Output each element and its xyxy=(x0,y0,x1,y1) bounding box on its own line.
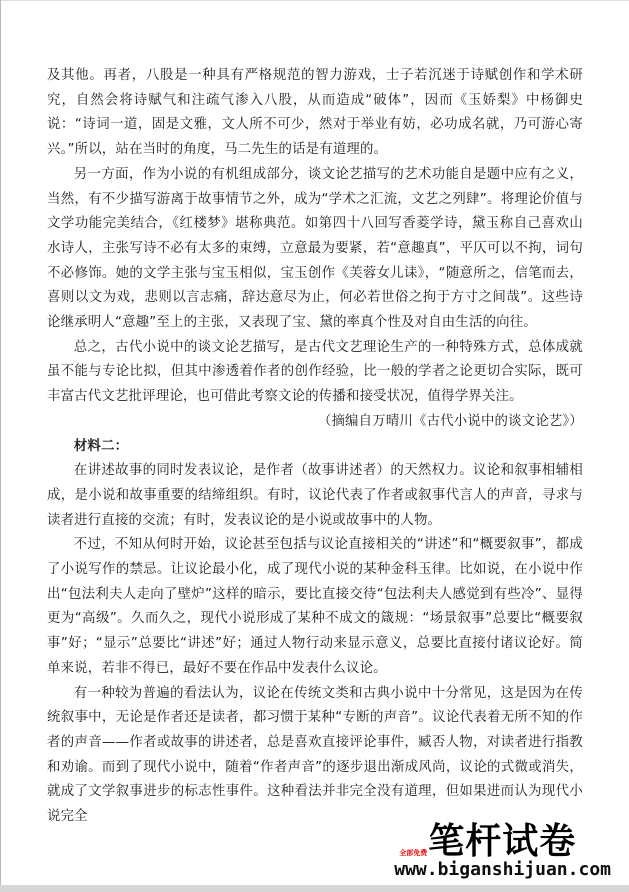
document-page: 及其他。再者，八股是一种具有严格规范的智力游戏，士子若沉迷于诗赋创作和学术研究，… xyxy=(0,0,629,892)
paragraph-common-view: 有一种较为普遍的看法认为，议论在传统文类和古典小说中十分常见，这是因为在传统叙事… xyxy=(47,682,583,830)
attribution-line: （摘编自万晴川《古代小说中的谈文论艺》） xyxy=(47,410,583,435)
biganshijuan-watermark: 全部免费 笔杆试卷 www.biganshijuan.com xyxy=(394,824,611,880)
watermark-url-text: www.biganshijuan.com xyxy=(394,860,611,880)
watermark-brand-text: 笔杆试卷 xyxy=(428,824,576,860)
page-bottom-bar xyxy=(0,885,629,892)
watermark-brand-row: 全部免费 笔杆试卷 xyxy=(399,824,611,860)
reading-passage: 及其他。再者，八股是一种具有严格规范的智力游戏，士子若沉迷于诗赋创作和学术研究，… xyxy=(47,64,583,830)
paragraph-modern-novel-taboo: 不过，不知从何时开始，议论甚至包括与议论直接相关的“讲述”和“概要叙事”，都成了… xyxy=(47,533,583,681)
paragraph-narration-rights: 在讲述故事的同时发表议论，是作者（故事讲述者）的天然权力。议论和叙事相辅相成，是… xyxy=(47,459,583,533)
material-two-heading: 材料二： xyxy=(47,435,583,460)
paragraph-summary: 总之，古代小说中的谈文论艺描写，是古代文艺理论生产的一种特殊方式，总体成就虽不能… xyxy=(47,336,583,410)
watermark-free-tagline: 全部免费 xyxy=(399,850,427,857)
paragraph-ba-gu-continuation: 及其他。再者，八股是一种具有严格规范的智力游戏，士子若沉迷于诗赋创作和学术研究，… xyxy=(47,64,583,163)
paragraph-hongloumeng: 另一方面，作为小说的有机组成部分，谈文论艺描写的艺术功能自是题中应有之义，当然，… xyxy=(47,163,583,336)
